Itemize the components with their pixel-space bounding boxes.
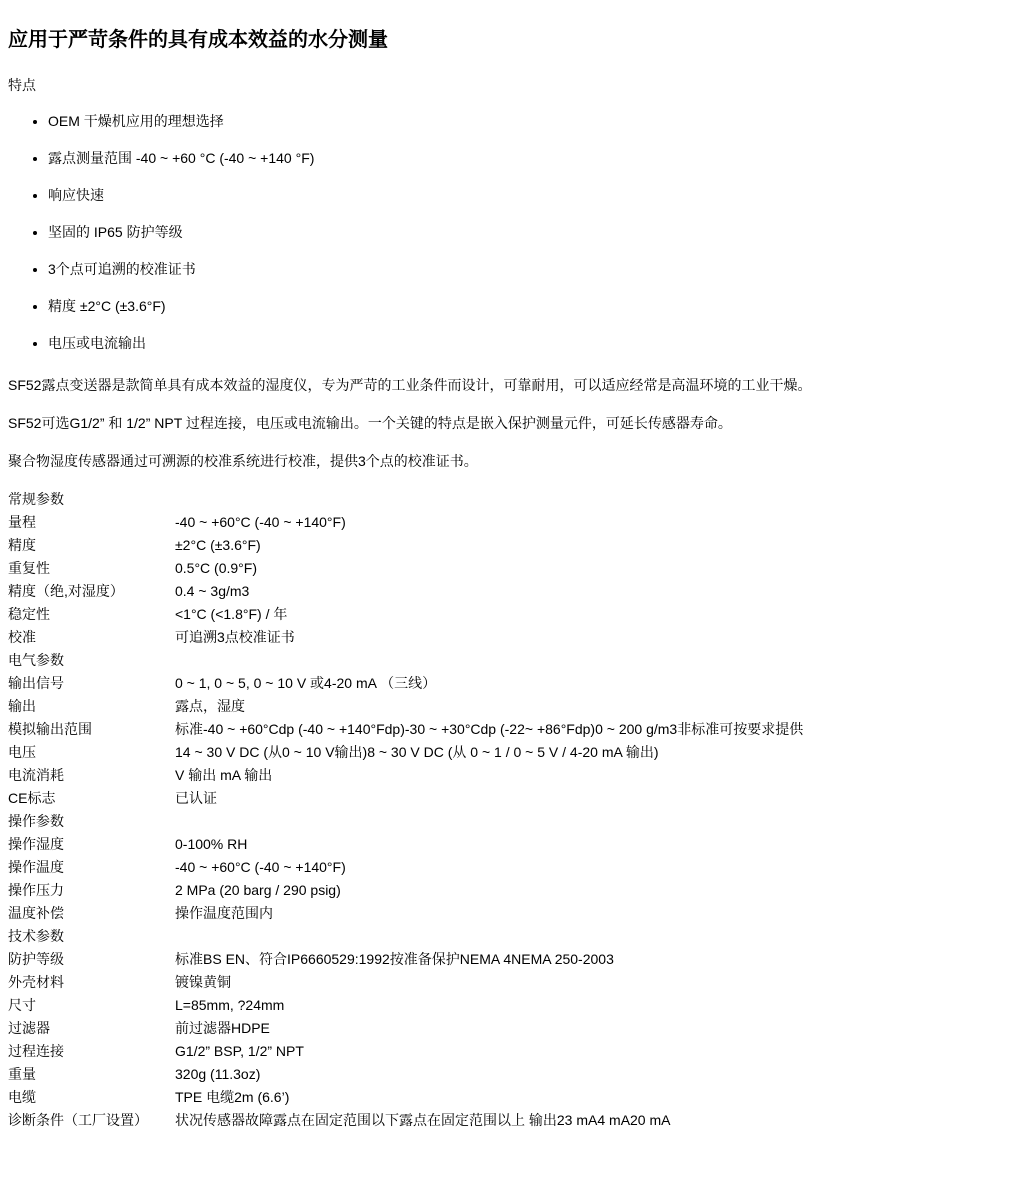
spec-label: 尺寸 bbox=[8, 994, 175, 1017]
features-list: OEM 干燥机应用的理想选择露点测量范围 -40 ~ +60 °C (-40 ~… bbox=[8, 110, 1016, 354]
spec-row: 量程 -40 ~ +60°C (-40 ~ +140°F) bbox=[8, 511, 1016, 534]
spec-value: 2 MPa (20 barg / 290 psig) bbox=[175, 879, 1016, 902]
spec-label: 电流消耗 bbox=[8, 764, 175, 787]
spec-value: 320g (11.3oz) bbox=[175, 1063, 1016, 1086]
spec-row: 精度 ±2°C (±3.6°F) bbox=[8, 534, 1016, 557]
spec-label: 重复性 bbox=[8, 557, 175, 580]
spec-row: 温度补偿 操作温度范围内 bbox=[8, 902, 1016, 925]
spec-value: 已认证 bbox=[175, 787, 1016, 810]
spec-value: 14 ~ 30 V DC (从0 ~ 10 V输出)8 ~ 30 V DC (从… bbox=[175, 741, 1016, 764]
spec-label: 精度 bbox=[8, 534, 175, 557]
spec-row: 稳定性 <1°C (<1.8°F) / 年 bbox=[8, 603, 1016, 626]
spec-value: 0.4 ~ 3g/m3 bbox=[175, 580, 1016, 603]
spec-value: -40 ~ +60°C (-40 ~ +140°F) bbox=[175, 511, 1016, 534]
spec-label: CE标志 bbox=[8, 787, 175, 810]
spec-value: G1/2” BSP, 1/2” NPT bbox=[175, 1040, 1016, 1063]
spec-label: 外壳材料 bbox=[8, 971, 175, 994]
spec-label: 模拟输出范围 bbox=[8, 718, 175, 741]
spec-value: 0-100% RH bbox=[175, 833, 1016, 856]
spec-row: 重量 320g (11.3oz) bbox=[8, 1063, 1016, 1086]
spec-label: 电气参数 bbox=[8, 649, 175, 672]
spec-label: 电缆 bbox=[8, 1086, 175, 1109]
document: 应用于严苛条件的具有成本效益的水分测量 特点 OEM 干燥机应用的理想选择露点测… bbox=[8, 29, 1016, 1132]
spec-value: ±2°C (±3.6°F) bbox=[175, 534, 1016, 557]
spec-row: 校准 可追溯3点校准证书 bbox=[8, 626, 1016, 649]
spec-value: 标准-40 ~ +60°Cdp (-40 ~ +140°Fdp)-30 ~ +3… bbox=[175, 718, 1016, 741]
spec-row: 诊断条件（工厂设置） 状况传感器故障露点在固定范围以下露点在固定范围以上 输出2… bbox=[8, 1109, 1016, 1132]
spec-label: 精度（绝,对湿度） bbox=[8, 580, 175, 603]
spec-row: 重复性 0.5°C (0.9°F) bbox=[8, 557, 1016, 580]
spec-value: 0 ~ 1, 0 ~ 5, 0 ~ 10 V 或4-20 mA （三线） bbox=[175, 672, 1016, 695]
spec-value: 可追溯3点校准证书 bbox=[175, 626, 1016, 649]
spec-label: 校准 bbox=[8, 626, 175, 649]
description-paragraph: SF52露点变送器是款简单具有成本效益的湿度仪，专为严苛的工业条件而设计，可靠耐… bbox=[8, 374, 1016, 396]
spec-label: 技术参数 bbox=[8, 925, 175, 948]
spec-label: 操作湿度 bbox=[8, 833, 175, 856]
feature-item: 响应快速 bbox=[48, 184, 1016, 206]
spec-label: 操作压力 bbox=[8, 879, 175, 902]
description-paragraph: 聚合物湿度传感器通过可溯源的校准系统进行校准，提供3个点的校准证书。 bbox=[8, 450, 1016, 472]
spec-label: 防护等级 bbox=[8, 948, 175, 971]
spec-label: 重量 bbox=[8, 1063, 175, 1086]
spec-row: 输出信号 0 ~ 1, 0 ~ 5, 0 ~ 10 V 或4-20 mA （三线… bbox=[8, 672, 1016, 695]
spec-row: 操作温度 -40 ~ +60°C (-40 ~ +140°F) bbox=[8, 856, 1016, 879]
spec-row: 精度（绝,对湿度） 0.4 ~ 3g/m3 bbox=[8, 580, 1016, 603]
spec-value: L=85mm, ?24mm bbox=[175, 994, 1016, 1017]
spec-section-row: 技术参数 bbox=[8, 925, 1016, 948]
spec-section-row: 操作参数 bbox=[8, 810, 1016, 833]
spec-row: 电压 14 ~ 30 V DC (从0 ~ 10 V输出)8 ~ 30 V DC… bbox=[8, 741, 1016, 764]
feature-item: 坚固的 IP65 防护等级 bbox=[48, 221, 1016, 243]
spec-label: 过滤器 bbox=[8, 1017, 175, 1040]
spec-row: 尺寸 L=85mm, ?24mm bbox=[8, 994, 1016, 1017]
spec-label: 常规参数 bbox=[8, 488, 175, 511]
feature-item: 电压或电流输出 bbox=[48, 332, 1016, 354]
spec-label: 过程连接 bbox=[8, 1040, 175, 1063]
spec-value: <1°C (<1.8°F) / 年 bbox=[175, 603, 1016, 626]
features-heading: 特点 bbox=[8, 76, 1016, 94]
spec-label: 操作温度 bbox=[8, 856, 175, 879]
feature-item: 3个点可追溯的校准证书 bbox=[48, 258, 1016, 280]
spec-value: TPE 电缆2m (6.6’) bbox=[175, 1086, 1016, 1109]
spec-value: 0.5°C (0.9°F) bbox=[175, 557, 1016, 580]
spec-value: 状况传感器故障露点在固定范围以下露点在固定范围以上 输出23 mA4 mA20 … bbox=[175, 1109, 1016, 1132]
spec-value: 标准BS EN、符合IP6660529:1992按准备保护NEMA 4NEMA … bbox=[175, 948, 1016, 971]
spec-value: V 输出 mA 输出 bbox=[175, 764, 1016, 787]
description-paragraphs: SF52露点变送器是款简单具有成本效益的湿度仪，专为严苛的工业条件而设计，可靠耐… bbox=[8, 374, 1016, 472]
spec-label: 温度补偿 bbox=[8, 902, 175, 925]
spec-row: 过滤器 前过滤器HDPE bbox=[8, 1017, 1016, 1040]
spec-label: 输出信号 bbox=[8, 672, 175, 695]
spec-value: 前过滤器HDPE bbox=[175, 1017, 1016, 1040]
spec-value: 操作温度范围内 bbox=[175, 902, 1016, 925]
spec-row: 模拟输出范围 标准-40 ~ +60°Cdp (-40 ~ +140°Fdp)-… bbox=[8, 718, 1016, 741]
description-paragraph: SF52可选G1/2” 和 1/2” NPT 过程连接，电压或电流输出。一个关键… bbox=[8, 412, 1016, 434]
spec-value: 镀镍黄铜 bbox=[175, 971, 1016, 994]
spec-value: -40 ~ +60°C (-40 ~ +140°F) bbox=[175, 856, 1016, 879]
spec-label: 电压 bbox=[8, 741, 175, 764]
spec-label: 输出 bbox=[8, 695, 175, 718]
spec-label: 诊断条件（工厂设置） bbox=[8, 1109, 175, 1132]
spec-label: 量程 bbox=[8, 511, 175, 534]
specs-table: 常规参数 量程 -40 ~ +60°C (-40 ~ +140°F) 精度 ±2… bbox=[8, 488, 1016, 1132]
feature-item: 精度 ±2°C (±3.6°F) bbox=[48, 295, 1016, 317]
spec-row: 过程连接 G1/2” BSP, 1/2” NPT bbox=[8, 1040, 1016, 1063]
spec-section-row: 电气参数 bbox=[8, 649, 1016, 672]
spec-row: 操作压力 2 MPa (20 barg / 290 psig) bbox=[8, 879, 1016, 902]
feature-item: 露点测量范围 -40 ~ +60 °C (-40 ~ +140 °F) bbox=[48, 147, 1016, 169]
spec-row: 外壳材料 镀镍黄铜 bbox=[8, 971, 1016, 994]
spec-row: 电流消耗 V 输出 mA 输出 bbox=[8, 764, 1016, 787]
spec-label: 操作参数 bbox=[8, 810, 175, 833]
spec-row: 操作湿度 0-100% RH bbox=[8, 833, 1016, 856]
spec-label: 稳定性 bbox=[8, 603, 175, 626]
spec-row: 防护等级 标准BS EN、符合IP6660529:1992按准备保护NEMA 4… bbox=[8, 948, 1016, 971]
spec-value: 露点，湿度 bbox=[175, 695, 1016, 718]
spec-row: CE标志 已认证 bbox=[8, 787, 1016, 810]
feature-item: OEM 干燥机应用的理想选择 bbox=[48, 110, 1016, 132]
spec-section-row: 常规参数 bbox=[8, 488, 1016, 511]
spec-row: 电缆 TPE 电缆2m (6.6’) bbox=[8, 1086, 1016, 1109]
page-title: 应用于严苛条件的具有成本效益的水分测量 bbox=[8, 29, 1016, 52]
spec-row: 输出 露点，湿度 bbox=[8, 695, 1016, 718]
